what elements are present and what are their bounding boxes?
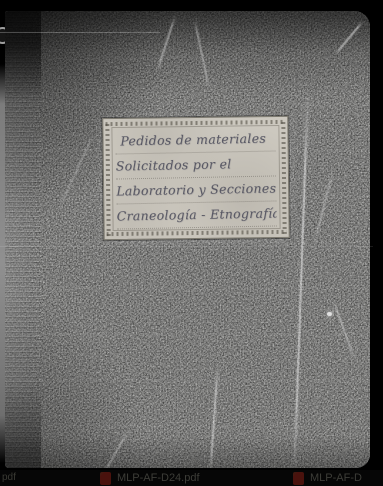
book-spine [5, 11, 41, 468]
file-item[interactable]: MLP-AF-D [293, 471, 362, 485]
cover-label-line: Solicitados por el [116, 151, 276, 179]
file-name: MLP-AF-D [310, 472, 362, 484]
cover-label: Pedidos de materiales Solicitados por el… [102, 116, 289, 240]
book-cover-photo: Pedidos de materiales Solicitados por el… [0, 9, 373, 471]
file-name: MLP-AF-D24.pdf [117, 472, 200, 484]
scan-artifact-line [0, 246, 373, 247]
book-cover: Pedidos de materiales Solicitados por el… [5, 11, 370, 468]
scan-viewer-canvas: Pedidos de materiales Solicitados por el… [0, 0, 383, 486]
pdf-file-icon [293, 472, 304, 485]
file-name-fragment[interactable]: pdf [2, 472, 16, 483]
cover-label-line: Laboratorio y Secciones de [116, 176, 276, 204]
pdf-file-icon [100, 472, 111, 485]
file-list-strip: pdf MLP-AF-D24.pdf MLP-AF-D [0, 470, 383, 486]
handwritten-text: Pedidos de materiales Solicitados por el… [115, 126, 277, 230]
scan-artifact-line [0, 32, 160, 33]
label-border-ornament [281, 120, 286, 234]
label-border-ornament [107, 230, 287, 236]
cover-label-line: Craneología - Etnografía [116, 201, 276, 229]
cover-label-line: Pedidos de materiales [115, 126, 275, 154]
label-border-ornament [105, 122, 110, 236]
wear-spot [327, 312, 332, 316]
file-item[interactable]: MLP-AF-D24.pdf [100, 471, 200, 485]
